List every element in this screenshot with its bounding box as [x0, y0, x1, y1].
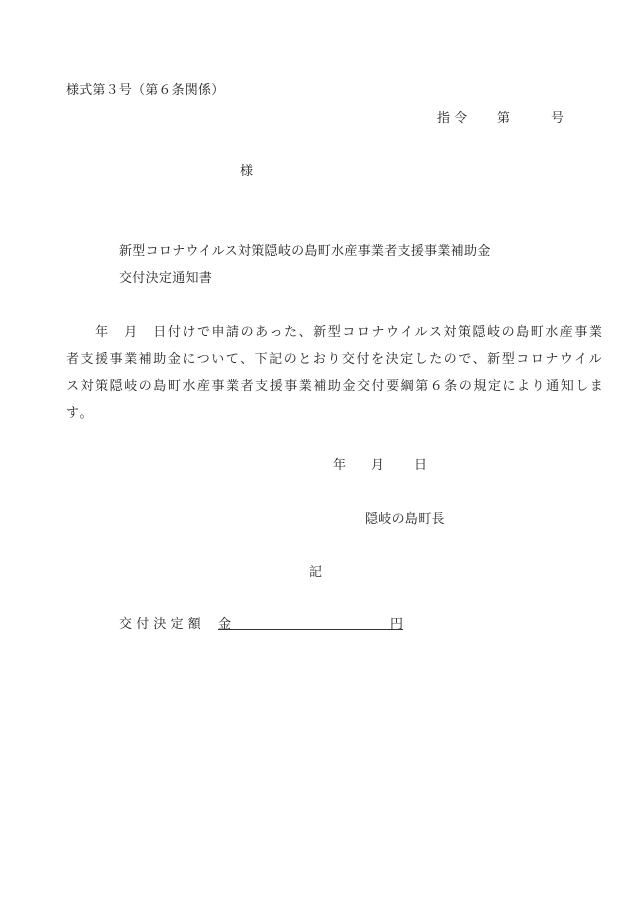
grant-amount-field[interactable]: 金 円	[218, 613, 403, 630]
ki-heading: 記	[309, 561, 322, 580]
date-month: 月	[371, 454, 384, 473]
document-title-line2: 交付決定通知書	[119, 267, 212, 286]
body-line-3: ス対策隠岐の島町水産事業者支援事業補助金交付要綱第６条の規定により通知しま	[66, 373, 566, 400]
directive-dai: 第	[497, 107, 510, 126]
directive-label: 指 令	[437, 107, 467, 126]
issuer-title: 隠岐の島町長	[365, 508, 445, 527]
body-line-1: 年 月 日付けで申請のあった、新型コロナウイルス対策隠岐の島町水産事業	[66, 319, 566, 346]
grant-amount-row: 交付決定額 金 円	[119, 613, 419, 631]
body-line-2: 者支援事業補助金について、下記のとおり交付を決定したので、新型コロナウイル	[66, 346, 566, 373]
amount-prefix: 金	[218, 613, 231, 632]
notification-body: 年 月 日付けで申請のあった、新型コロナウイルス対策隠岐の島町水産事業 者支援事…	[66, 319, 566, 427]
amount-suffix: 円	[390, 613, 403, 632]
body-line-4: す。	[66, 400, 566, 427]
directive-go: 号	[551, 107, 564, 126]
date-day: 日	[414, 454, 427, 473]
issue-date: 年 月 日	[333, 454, 433, 470]
document-title-line1: 新型コロナウイルス対策隠岐の島町水産事業者支援事業補助金	[119, 240, 491, 259]
grant-amount-label: 交付決定額	[119, 613, 205, 632]
addressee-line: 様	[240, 160, 253, 179]
directive-number-line: 指 令 第 号	[437, 107, 565, 123]
addressee-honorific: 様	[240, 164, 253, 179]
date-year: 年	[333, 454, 346, 473]
form-number: 様式第３号（第６条関係）	[66, 79, 224, 98]
